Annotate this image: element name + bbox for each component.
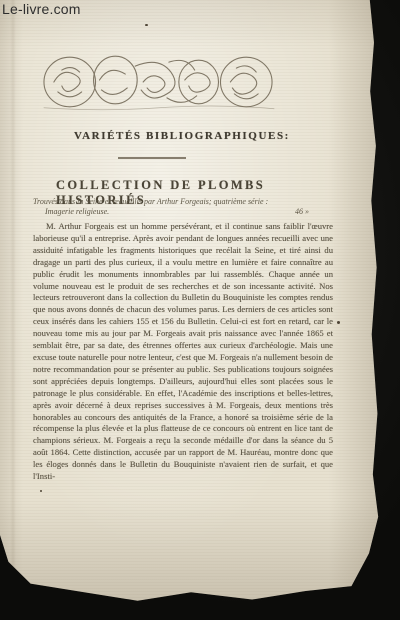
- section-divider: [118, 157, 186, 159]
- subtitle-line1: Trouvés dans la Seine et recueillis par …: [33, 197, 323, 207]
- scanned-page: VARIÉTÉS BIBLIOGRAPHIQUES: COLLECTION DE…: [0, 0, 382, 608]
- scan-backdrop: VARIÉTÉS BIBLIOGRAPHIQUES: COLLECTION DE…: [0, 0, 400, 620]
- headpiece-ornament-icon: [40, 50, 278, 112]
- watermark-text: Le-livre.com: [2, 1, 81, 17]
- article-body: M. Arthur Forgeais est un homme persévér…: [33, 221, 333, 483]
- subtitle-block: Trouvés dans la Seine et recueillis par …: [33, 197, 323, 217]
- paper-speck: [145, 24, 148, 26]
- price-value: 46 »: [295, 207, 309, 217]
- binding-fold-shadow: [10, 0, 16, 608]
- paper-speck: [40, 490, 42, 492]
- subtitle-line2: Imagerie religieuse.: [45, 207, 109, 217]
- paper-speck: [337, 321, 340, 324]
- section-heading: VARIÉTÉS BIBLIOGRAPHIQUES:: [74, 130, 334, 142]
